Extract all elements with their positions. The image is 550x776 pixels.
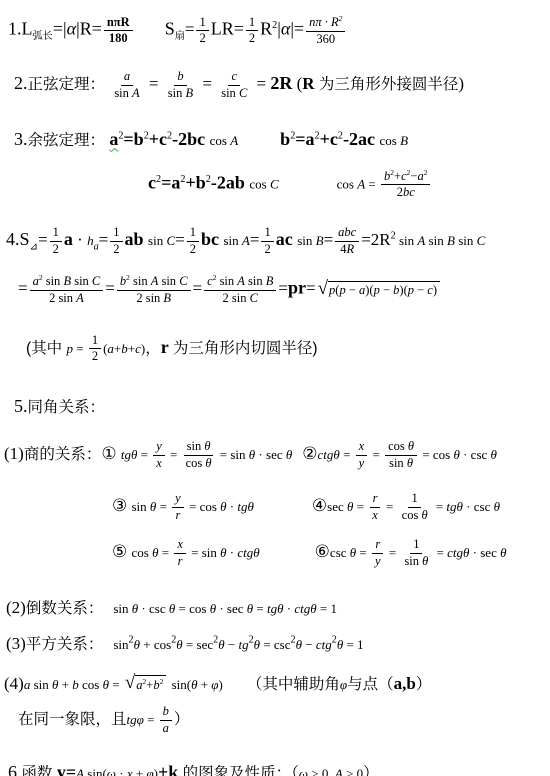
- math-token: +: [58, 677, 72, 692]
- math-token: α: [281, 19, 290, 39]
- math-token: r: [178, 554, 183, 568]
- math-token: ·: [469, 546, 480, 561]
- fraction-numerator: abc: [335, 225, 359, 242]
- math-token: =: [158, 546, 172, 561]
- fraction: ba: [160, 704, 172, 736]
- math-token: =: [250, 230, 260, 249]
- math-token: -2bc: [172, 129, 210, 149]
- math-token: 1: [53, 225, 59, 239]
- math-token: =: [18, 279, 28, 298]
- math-token: cos: [154, 637, 171, 652]
- fraction-denominator: 2: [196, 31, 208, 47]
- line-cosine-rule-c-and-cosA: c2=a2+b2-2ab cos Ccos A = b2+c2−a22bc: [0, 168, 550, 201]
- fraction: 12: [89, 333, 101, 365]
- math-token: =: [38, 230, 48, 249]
- fraction-numerator: y: [172, 491, 184, 508]
- math-token: y: [156, 439, 162, 453]
- math-token: sin: [113, 601, 131, 616]
- math-token: A: [335, 766, 343, 776]
- math-token: C: [166, 233, 175, 248]
- fraction-denominator: 2: [89, 349, 101, 365]
- math-token: =: [198, 74, 216, 93]
- fraction: sin θcos θ: [183, 439, 215, 471]
- math-token: 1: [413, 537, 419, 551]
- math-token: （: [291, 765, 299, 776]
- fraction: a2 sin B sin C2 sin A: [30, 273, 104, 306]
- math-token: 1: [190, 225, 196, 239]
- math-token: ⊿: [30, 241, 39, 252]
- fraction: asin A: [111, 69, 142, 101]
- math-token: cos: [210, 133, 231, 148]
- math-token: φ: [146, 766, 153, 776]
- math-token: θ: [407, 456, 413, 470]
- math-token: ): [312, 340, 317, 357]
- math-token: c: [148, 172, 156, 192]
- math-token: r: [161, 337, 173, 357]
- math-token: y: [175, 491, 181, 505]
- math-token: +: [197, 677, 211, 692]
- fraction: 12: [50, 225, 62, 257]
- math-token: ·: [73, 230, 87, 249]
- line-function-graph-properties: 6.函数 y=A sin(ω · x + φ)+k 的图象及性质：（ω > 0,…: [0, 761, 550, 776]
- math-token: 1: [264, 225, 270, 239]
- math-token: B: [447, 233, 455, 248]
- math-token: c: [231, 69, 237, 83]
- fraction: abc4R: [335, 225, 359, 257]
- math-token: sin: [148, 233, 166, 248]
- spacer: [292, 455, 302, 456]
- math-token: sec: [227, 601, 247, 616]
- math-token: sin: [158, 274, 179, 288]
- fraction-numerator: c: [228, 69, 240, 86]
- fraction-numerator: b: [160, 704, 172, 721]
- fraction: 12: [110, 225, 122, 257]
- math-token: tgθ: [267, 601, 284, 616]
- fraction-denominator: sin θ: [386, 456, 416, 472]
- math-token: 为三角形外接圆半径: [319, 76, 459, 93]
- fraction-denominator: 2 sin C: [220, 291, 261, 307]
- math-token: cos: [132, 546, 153, 561]
- math-token: C: [270, 176, 279, 191]
- fraction-denominator: y: [372, 554, 384, 570]
- math-token: 为三角形内切圆半径: [173, 340, 313, 357]
- math-token: x: [156, 456, 162, 470]
- math-token: B: [400, 133, 408, 148]
- line-square-relations: (3)平方关系：sin2θ + cos2θ = sec2θ − tg2θ = c…: [0, 632, 550, 654]
- fraction-denominator: sin C: [218, 86, 250, 102]
- math-token: ·: [138, 601, 149, 616]
- math-token: =: [353, 499, 367, 514]
- math-token: sec: [197, 637, 214, 652]
- math-token: cos: [200, 499, 221, 514]
- math-token: 1: [411, 491, 417, 505]
- math-token: a,b: [394, 674, 416, 693]
- math-token: =: [193, 279, 203, 298]
- fraction: yr: [172, 491, 184, 523]
- math-token: =: [419, 447, 433, 462]
- math-token: 2 sin: [136, 291, 163, 305]
- line-sine-rule: 2.正弦定理： asin A = bsin B = csin C = 2R (R…: [0, 69, 550, 101]
- fraction: 12: [187, 225, 199, 257]
- math-token: 正弦定理：: [28, 76, 110, 93]
- line-cosine-rule-abc: 3.余弦定理： a2=b2+c2-2bc cos Ab2=a2+c2-2ac c…: [0, 128, 550, 150]
- math-token: =: [183, 637, 197, 652]
- spacer: [279, 184, 337, 185]
- math-token: 余弦定理：: [28, 132, 110, 149]
- fraction-denominator: 2: [50, 242, 62, 258]
- math-token: 360: [316, 32, 335, 46]
- math-token: cos: [189, 601, 210, 616]
- fraction: bsin B: [165, 69, 196, 101]
- math-token: csc: [149, 601, 169, 616]
- math-token: sin: [202, 546, 220, 561]
- math-token: 扇: [175, 31, 185, 42]
- fraction-denominator: r: [175, 554, 186, 570]
- math-token: sin: [71, 274, 92, 288]
- math-token: csc: [274, 637, 291, 652]
- math-token: sin: [455, 233, 477, 248]
- fraction-numerator: r: [370, 491, 381, 508]
- math-token: 的图象及性质：: [178, 765, 291, 776]
- fraction-numerator: b2+c2−a2: [381, 168, 430, 186]
- math-token: =b: [123, 129, 143, 149]
- math-token: =: [340, 447, 354, 462]
- math-token: cos: [379, 133, 400, 148]
- math-token: -2ac: [343, 129, 379, 149]
- square-root: √p(p − a)(p − b)(p − c): [318, 281, 440, 300]
- line-triangle-area: 4.S⊿=12a · ha=12ab sin C=12bc sin A=12ac…: [0, 225, 550, 257]
- math-token: θ: [205, 456, 211, 470]
- spacer: [223, 684, 247, 685]
- fraction-denominator: 4R: [337, 242, 357, 258]
- math-token: = 1: [343, 637, 363, 652]
- math-token: +k: [158, 762, 178, 776]
- math-token: ab: [125, 229, 149, 249]
- fraction: 12: [261, 225, 273, 257]
- math-token: pr: [288, 278, 306, 298]
- math-token: +: [128, 341, 135, 356]
- math-token: sin: [425, 233, 447, 248]
- fraction-denominator: sin θ: [401, 554, 431, 570]
- spacer: [103, 644, 113, 645]
- fraction: 1cos θ: [399, 491, 431, 523]
- math-token: A: [76, 291, 84, 305]
- math-token: bc: [201, 229, 224, 249]
- math-token: y=: [57, 762, 76, 776]
- math-token: C: [239, 86, 247, 100]
- math-token: C: [477, 233, 486, 248]
- fraction-denominator: r: [173, 508, 184, 524]
- math-token: ): [458, 74, 464, 93]
- line-semi-perimeter-note: (其中 p = 12(a+b+c)，r 为三角形内切圆半径): [0, 333, 550, 365]
- fraction: nπ · R2360: [306, 14, 345, 47]
- fraction-denominator: 2 sin B: [133, 291, 174, 307]
- math-token: =: [369, 447, 383, 462]
- math-token: sin: [130, 274, 151, 288]
- math-token: 2: [92, 349, 98, 363]
- math-token: ctg: [316, 637, 332, 652]
- math-token: =: [386, 546, 400, 561]
- math-token: B: [316, 233, 324, 248]
- math-token: ，: [145, 340, 161, 357]
- fraction-denominator: sin A: [111, 86, 142, 102]
- math-token: cos: [433, 447, 454, 462]
- spacer: [238, 140, 280, 141]
- fraction-numerator: x: [174, 537, 186, 554]
- math-token: ·: [216, 601, 227, 616]
- math-token: sec: [327, 499, 347, 514]
- fraction-denominator: x: [153, 456, 165, 472]
- math-token: sin: [221, 86, 239, 100]
- math-token: θ: [422, 554, 428, 568]
- line-reciprocal-relations: (2)倒数关系：sin θ · csc θ = cos θ · sec θ = …: [0, 596, 550, 618]
- math-token: ctgθ: [294, 601, 316, 616]
- math-token: ③: [112, 496, 132, 515]
- math-token: 5.: [14, 396, 28, 416]
- math-token: 与点: [347, 676, 378, 693]
- math-token: cos: [79, 677, 103, 692]
- fraction: c2 sin A sin B2 sin C: [204, 273, 276, 306]
- math-token: 1: [199, 15, 205, 29]
- fraction-denominator: cos θ: [399, 508, 431, 524]
- math-token: B: [266, 274, 274, 288]
- fraction-numerator: 1: [187, 225, 199, 242]
- line-quotient-relations-3-4: ③ sin θ = yr = cos θ · tgθ④sec θ = rx = …: [0, 491, 550, 523]
- spacer: [260, 553, 315, 554]
- fraction: xr: [174, 537, 186, 569]
- math-token: =: [278, 279, 288, 298]
- fraction: yx: [153, 439, 165, 471]
- math-token: (2): [6, 598, 26, 617]
- math-token: |R=: [76, 19, 102, 39]
- math-token: =: [188, 546, 202, 561]
- math-token: 2 sin: [223, 291, 250, 305]
- math-token: 3.: [14, 129, 28, 149]
- math-token: 2R: [270, 73, 292, 93]
- math-token: ·: [284, 601, 295, 616]
- math-token: b: [163, 704, 169, 718]
- math-token: =: [156, 499, 170, 514]
- fraction-numerator: 1: [196, 15, 208, 32]
- math-token: x: [177, 537, 183, 551]
- math-token: sin: [113, 637, 128, 652]
- math-token: =: [356, 546, 370, 561]
- math-token: 函数: [22, 765, 57, 776]
- fraction-numerator: r: [372, 537, 383, 554]
- math-token: =: [137, 447, 151, 462]
- math-token: 倒数关系：: [26, 600, 104, 617]
- math-token: +c: [149, 129, 167, 149]
- line-heading-same-angle-relations: 5.同角关系：: [0, 395, 550, 417]
- math-token: （: [378, 676, 394, 693]
- fraction-numerator: sin θ: [184, 439, 214, 456]
- math-token: sin: [230, 447, 248, 462]
- math-token: 弧长: [33, 31, 53, 42]
- math-token: (3): [6, 634, 26, 653]
- math-token: )(: [365, 283, 373, 297]
- math-token: =: [433, 499, 447, 514]
- math-token: −: [302, 637, 316, 652]
- math-token: −: [414, 283, 427, 297]
- line-quotient-relations-5-6: ⑤ cos θ = xr = sin θ · ctgθ⑥csc θ = ry =…: [0, 537, 550, 569]
- fraction-numerator: a2 sin B sin C: [30, 273, 104, 291]
- math-token: 2: [339, 14, 343, 23]
- math-token: ctgθ: [447, 546, 469, 561]
- fraction: rx: [369, 491, 381, 523]
- document-page: 1.L弧长=|α|R=nπR180S扇=12LR=12R2|α|=nπ · R2…: [0, 0, 550, 776]
- math-token: R: [302, 74, 319, 93]
- math-token: S: [165, 19, 175, 39]
- math-token: > 0: [343, 766, 363, 776]
- math-token: A: [132, 86, 140, 100]
- math-token: ac: [276, 229, 298, 249]
- radicand: p(p − a)(p − b)(p − c): [328, 281, 440, 298]
- math-token: ·: [255, 447, 266, 462]
- math-token: 2: [264, 242, 270, 256]
- math-token: θ: [408, 439, 414, 453]
- math-token: +: [133, 766, 147, 776]
- math-token: =: [186, 499, 200, 514]
- fraction-numerator: b2 sin A sin C: [117, 273, 191, 291]
- math-token: C: [179, 274, 187, 288]
- math-token: =: [365, 176, 379, 191]
- math-token: 2: [53, 242, 59, 256]
- math-token: A: [76, 766, 84, 776]
- math-token: cos: [388, 439, 408, 453]
- math-token: =: [167, 447, 181, 462]
- fraction: ry: [372, 537, 384, 569]
- math-token: +: [140, 637, 154, 652]
- math-token: y: [359, 456, 365, 470]
- math-token: abc: [338, 225, 356, 239]
- math-token: sin: [389, 456, 407, 470]
- math-token: C: [92, 274, 100, 288]
- math-token: +: [394, 169, 401, 183]
- math-token: =: [260, 637, 274, 652]
- math-token: θ: [204, 439, 210, 453]
- math-token: tgφ: [127, 712, 144, 727]
- math-token: 1: [249, 15, 255, 29]
- math-token: sec: [266, 447, 286, 462]
- math-token: B: [163, 291, 171, 305]
- math-token: a: [64, 229, 73, 249]
- math-token: y: [375, 554, 381, 568]
- math-token: α: [67, 19, 76, 39]
- math-token: -2ab: [211, 172, 250, 192]
- fraction-denominator: sin B: [165, 86, 196, 102]
- math-token: B: [185, 86, 193, 100]
- math-token: sin: [245, 274, 266, 288]
- spacer: [103, 608, 113, 609]
- fraction-numerator: 1: [89, 333, 101, 350]
- fraction-numerator: nπ · R2: [306, 14, 345, 32]
- fraction-numerator: 1: [110, 225, 122, 242]
- math-token: sin: [404, 554, 422, 568]
- math-token: nπ · R: [309, 15, 339, 29]
- math-token: ·: [116, 766, 127, 776]
- math-token: sin(: [168, 677, 191, 692]
- math-token: ②: [302, 444, 317, 463]
- math-token: sin: [297, 233, 315, 248]
- math-token: −: [225, 637, 239, 652]
- math-token: ⑤: [112, 543, 132, 562]
- math-token: ·: [227, 546, 238, 561]
- math-token: 商的关系：: [24, 446, 102, 463]
- line-triangle-area-continued: =a2 sin B sin C2 sin A=b2 sin A sin C2 s…: [0, 273, 550, 306]
- spacer: [135, 30, 165, 31]
- fraction-numerator: 1: [246, 15, 258, 32]
- math-token: +b: [185, 172, 205, 192]
- math-token: b: [280, 129, 290, 149]
- fraction-numerator: 1: [261, 225, 273, 242]
- math-token: 4.S: [6, 229, 30, 249]
- math-token: a: [109, 129, 118, 149]
- math-token: tgθ: [237, 499, 254, 514]
- math-token: sin(: [84, 766, 107, 776]
- fraction-numerator: cos θ: [385, 439, 417, 456]
- line-arc-length-and-sector-area: 1.L弧长=|α|R=nπR180S扇=12LR=12R2|α|=nπ · R2…: [0, 14, 550, 47]
- math-token: =: [105, 279, 115, 298]
- math-token: ·: [463, 499, 474, 514]
- fraction-denominator: 360: [313, 32, 338, 48]
- math-token: = 1: [317, 601, 337, 616]
- math-token: sin: [30, 677, 52, 692]
- fraction-numerator: a: [121, 69, 133, 86]
- math-token: 2 sin: [49, 291, 76, 305]
- fraction-numerator: x: [356, 439, 368, 456]
- math-token: ①: [101, 444, 121, 463]
- math-token: θ: [491, 447, 497, 462]
- fraction-denominator: 2bc: [394, 185, 418, 201]
- math-token: R: [346, 242, 354, 256]
- math-token: 2: [190, 242, 196, 256]
- math-token: φ: [211, 677, 218, 692]
- math-token: 1: [92, 333, 98, 347]
- line-auxiliary-angle-formula: (4)a sin θ + b cos θ = √a2+b2 sin(θ + φ)…: [0, 672, 550, 695]
- math-token: （其中辅助角: [247, 676, 340, 693]
- square-root: √a2+b2: [125, 675, 167, 694]
- math-token: 180: [109, 31, 128, 45]
- fraction: 1sin θ: [401, 537, 431, 569]
- fraction: 12: [246, 15, 258, 47]
- fraction-numerator: 1: [410, 537, 422, 554]
- math-token: tgθ: [446, 499, 463, 514]
- math-token: 在同一象限，且: [18, 711, 127, 728]
- math-token: θ: [500, 546, 506, 561]
- math-token: 2: [160, 677, 164, 686]
- math-token: 同角关系：: [28, 399, 106, 416]
- fraction-denominator: 2 sin A: [46, 291, 87, 307]
- math-token: θ: [494, 499, 500, 514]
- math-token: cos: [249, 176, 270, 191]
- math-token: r: [176, 508, 181, 522]
- fraction-denominator: a: [160, 721, 172, 737]
- radicand: a2+b2: [135, 675, 166, 693]
- math-token: =a: [295, 129, 314, 149]
- math-token: B: [63, 274, 71, 288]
- fraction-denominator: y: [356, 456, 368, 472]
- math-token: cos: [337, 176, 358, 191]
- math-token: r: [375, 537, 380, 551]
- math-token: 2: [424, 168, 428, 177]
- math-token: 平方关系：: [26, 636, 104, 653]
- math-token: tg: [238, 637, 248, 652]
- math-token: ④: [312, 496, 327, 515]
- fraction: nπR180: [104, 15, 133, 47]
- math-token: 2: [199, 31, 205, 45]
- fraction-denominator: x: [369, 508, 381, 524]
- math-token: sin: [187, 439, 205, 453]
